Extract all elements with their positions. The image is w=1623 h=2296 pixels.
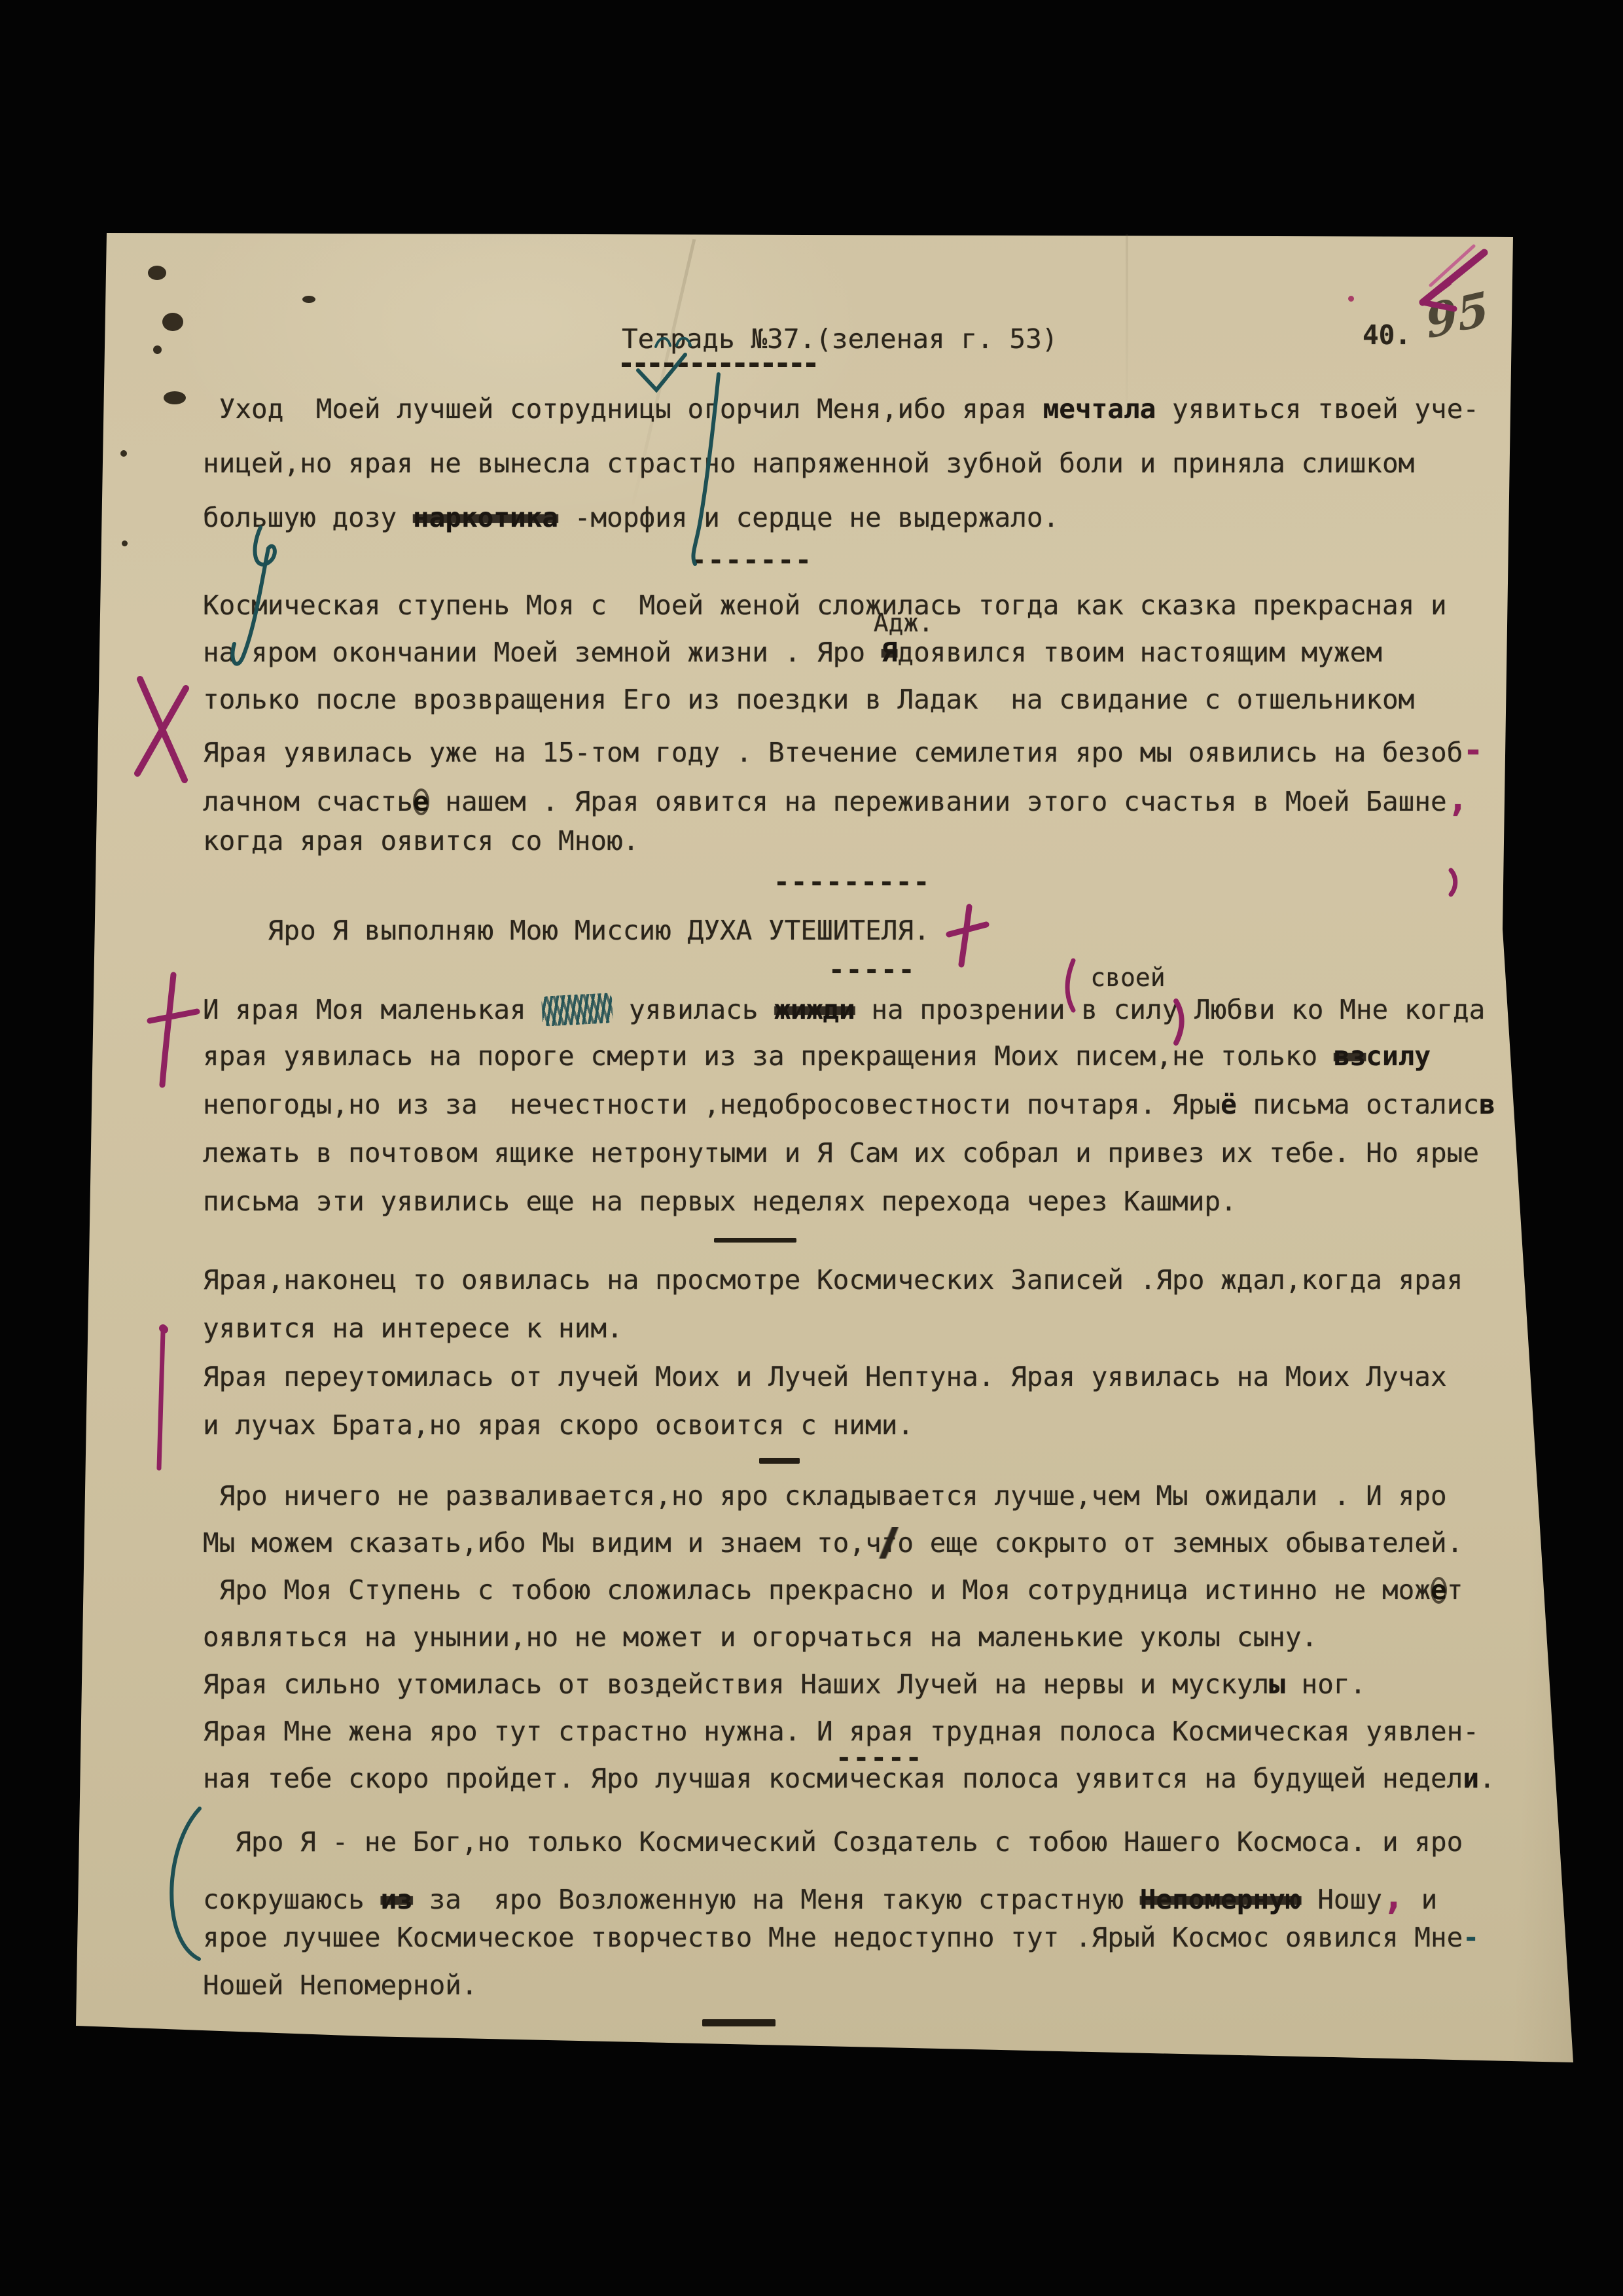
typed-line: ярое лучшее Космическое творчество Мне н… — [203, 1924, 1479, 1972]
typed-line: ницей,но ярая не вынесла страстно напряж… — [203, 450, 1479, 504]
inserted-word-above: своей — [1090, 965, 1165, 990]
typed-text: в силу — [1081, 994, 1178, 1025]
struck-word: наркотика — [413, 502, 558, 533]
struck-word: из — [381, 1884, 413, 1915]
typed-line: Ярая,наконец то оявилась на просмотре Ко… — [203, 1267, 1463, 1315]
overtyped-letter: в — [1479, 1089, 1495, 1120]
typed-text: ног. — [1285, 1669, 1366, 1700]
overtyped-letter: ы — [1269, 1669, 1285, 1700]
typed-text: письма осталис — [1237, 1089, 1479, 1120]
paragraph: Уход Моей лучшей сотрудницы огорчил Меня… — [203, 396, 1479, 559]
typed-text: Ношу — [1302, 1884, 1382, 1915]
typed-line: большую дозу наркотика -морфия и сердце … — [203, 504, 1479, 559]
typed-line: И ярая Моя маленькая уявилась жижди на п… — [203, 995, 1495, 1043]
typed-line: Ношей Непомерной. — [203, 1972, 1479, 2020]
typed-line: ярая уявилась на пороге смерти из за пре… — [203, 1043, 1495, 1091]
typed-line: оявляться на унынии,но не может и огорча… — [203, 1624, 1495, 1671]
typed-text: непогоды,но из за нечестности ,недобросо… — [203, 1089, 1221, 1120]
notebook-title: Тетрадь №37. — [622, 323, 815, 367]
typed-text: -морфия и сердце не выдержало. — [558, 502, 1059, 533]
divider-line — [759, 1458, 800, 1464]
overtyped-word: мечтала — [1043, 393, 1156, 425]
typed-line: Ярая переутомилась от лучей Моих и Лучей… — [203, 1364, 1463, 1412]
typed-text: Уход Моей лучшей сотрудницы огорчил Меня… — [203, 393, 1043, 425]
inserted-word-above: Адж. — [874, 610, 934, 635]
typed-text: нашем . Ярая оявится на переживании этог… — [429, 786, 1447, 817]
pen-scribbled-word — [541, 993, 613, 1027]
divider-line — [714, 1238, 796, 1243]
typed-line: Ярая уявилась уже на 15-том году . Втече… — [203, 733, 1484, 781]
typed-text: сокрушаюсь — [203, 1884, 381, 1915]
typed-line: уявится на интересе к ним. — [203, 1315, 1463, 1364]
typed-line: Мы можем сказать,ибо Мы видим и знаем то… — [203, 1530, 1495, 1577]
overtyped-letter: и — [1463, 1763, 1479, 1794]
typed-text: Ярая сильно утомилась от воздействия Наш… — [203, 1669, 1269, 1700]
paragraph: И ярая Моя маленькая уявилась жижди на п… — [203, 995, 1495, 1237]
typed-text: ная тебе скоро пройдет. Яро лучшая косми… — [203, 1763, 1463, 1794]
handwritten-comma: , — [1382, 1873, 1405, 1918]
ink-spot — [153, 345, 162, 354]
typed-line: непогоды,но из за нечестности ,недобросо… — [203, 1091, 1495, 1140]
typed-divider: ----- — [829, 954, 916, 985]
slashed-word: что — [865, 1527, 914, 1559]
typed-line: Яро ничего не разваливается,но яро склад… — [203, 1483, 1495, 1530]
typed-text: большую дозу — [203, 502, 413, 533]
typed-text: за яро Возложенную на Меня такую страстн… — [413, 1884, 1140, 1915]
ink-spot — [120, 450, 127, 457]
overtyped-word: силу — [1366, 1040, 1431, 1072]
typed-text: на яром окончании Моей земной жизни . Яр… — [203, 637, 882, 668]
typed-line: Яро Я - не Бог,но только Космический Соз… — [203, 1829, 1479, 1877]
ink-spot — [148, 266, 166, 280]
handwritten-hyphen: - — [1463, 731, 1483, 770]
typed-line: лачном счастье нашем . Ярая оявится на п… — [203, 781, 1484, 828]
scanned-manuscript-page: Тетрадь №37.(зеленая г. 53) 40. 95 Уход … — [0, 0, 1623, 2296]
paragraph: Яро Я - не Бог,но только Космический Соз… — [203, 1829, 1479, 2020]
typed-text: ярое лучшее Космическое творчество Мне н… — [203, 1922, 1463, 1953]
red-speck — [1348, 296, 1354, 302]
paragraph: Ярая,наконец то оявилась на просмотре Ко… — [203, 1267, 1463, 1460]
typed-line: только после врозвращения Его из поездки… — [203, 686, 1484, 733]
typed-divider: ------- — [690, 544, 813, 576]
paragraph: Космическая ступень Моя с Моей женой сло… — [203, 592, 1484, 875]
mission-line: Яро Я выполняю Мою Миссию ДУХА УТЕШИТЕЛЯ… — [203, 917, 930, 944]
header-row: Тетрадь №37.(зеленая г. 53) — [622, 326, 1058, 353]
typed-text: Любви ко Мне когда — [1178, 994, 1485, 1025]
typed-line: Уход Моей лучшей сотрудницы огорчил Меня… — [203, 396, 1479, 450]
typed-text: уявиться твоей уче- — [1156, 393, 1479, 425]
typed-line: Космическая ступень Моя с Моей женой сло… — [203, 592, 1484, 639]
typed-text: доявился твоим настоящим мужем — [897, 637, 1382, 668]
typed-line: письма эти уявились еще на первых неделя… — [203, 1188, 1495, 1237]
typed-line: Яро Моя Ступень с тобою сложилась прекра… — [203, 1577, 1495, 1624]
typed-text: на прозрении — [855, 994, 1082, 1025]
corrected-letter: е — [1431, 1577, 1447, 1604]
notebook-title-suffix: (зеленая г. 53) — [815, 323, 1058, 355]
struck-word: жижди — [774, 994, 855, 1025]
typed-text: и — [1405, 1884, 1437, 1915]
handwritten-dash: - — [1463, 1922, 1479, 1953]
typed-line: лежать в почтовом ящике нетронутыми и Я … — [203, 1140, 1495, 1188]
typed-text: Яро Моя Ступень с тобою сложилась прекра… — [203, 1574, 1431, 1606]
typed-divider: --------- — [774, 866, 931, 898]
typed-line: сокрушаюсь из за яро Возложенную на Меня… — [203, 1877, 1479, 1924]
typed-text: лачном счасть — [203, 786, 413, 817]
typed-divider: ----- — [836, 1742, 923, 1773]
typed-line: на яром окончании Моей земной жизни . Яр… — [203, 639, 1484, 686]
handwritten-comma: , — [1447, 777, 1469, 820]
typed-text: ярая уявилась на пороге смерти из за пре… — [203, 1040, 1334, 1072]
struck-letters: вз — [1334, 1040, 1366, 1072]
insertion-wrap: своейв силу — [1081, 997, 1178, 1023]
typed-line: Ярая сильно утомилась от воздействия Наш… — [203, 1671, 1495, 1718]
typed-text: Ярая уявилась уже на 15-том году . Втече… — [203, 737, 1463, 768]
ink-spot — [302, 296, 315, 303]
ink-spot — [122, 540, 128, 546]
insertion-wrap: Адж.Я — [882, 639, 898, 666]
typed-text: Мы можем сказать,ибо Мы видим и знаем то… — [203, 1527, 865, 1559]
overtyped-letter: ё — [1221, 1089, 1237, 1120]
struck-letter: Я — [882, 637, 898, 668]
typed-text: . — [1479, 1763, 1495, 1794]
typed-text: И ярая Моя маленькая — [203, 994, 542, 1025]
typed-text: еще сокрыто от земных обывателей. — [914, 1527, 1463, 1559]
divider-line — [702, 2019, 776, 2026]
struck-word: Непомерную — [1140, 1884, 1302, 1915]
typed-page-number: 40. — [1363, 322, 1411, 349]
typed-text: т — [1447, 1574, 1463, 1606]
typed-text: уявилась — [613, 994, 774, 1025]
corrected-letter: е — [413, 788, 429, 815]
ink-spot — [164, 391, 186, 404]
ink-spot — [162, 313, 183, 331]
typed-line: и лучах Брата,но ярая скоро освоится с н… — [203, 1412, 1463, 1460]
